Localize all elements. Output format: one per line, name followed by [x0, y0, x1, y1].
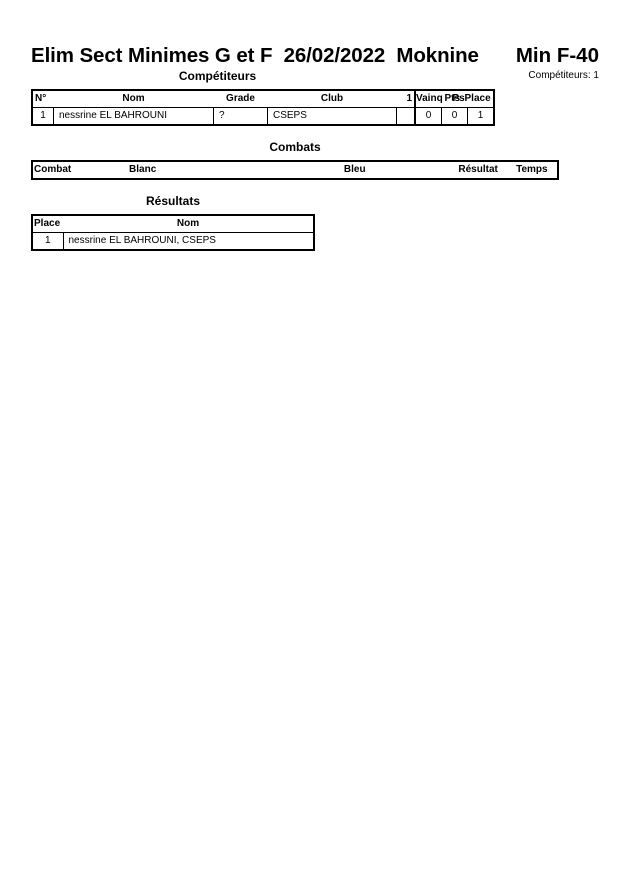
cell-club: CSEPS: [268, 108, 397, 126]
col-blanc: Blanc: [128, 161, 343, 179]
col-nom: Nom: [54, 90, 214, 108]
col-round-1: 1: [397, 90, 416, 108]
table-row: 1 nessrine EL BAHROUNI ? CSEPS 0 0 1: [32, 108, 494, 126]
combats-table: Combat Blanc Bleu Résultat Temps: [31, 160, 559, 180]
competitors-count: Compétiteurs: 1: [528, 70, 599, 81]
category-title: Min F-40: [516, 44, 599, 68]
results-header-row: Place Nom: [32, 215, 314, 233]
competitors-header-row: N° Nom Grade Club 1 Vainq PtsPs Place: [32, 90, 494, 108]
col-club: Club: [268, 90, 397, 108]
col-resultat: Résultat: [457, 161, 515, 179]
col-temps: Temps: [515, 161, 558, 179]
results-section-title: Résultats: [103, 194, 243, 208]
col-victories-label: Vainq: [416, 91, 443, 107]
cell-points: 0: [442, 108, 468, 126]
cell-round-1: [397, 108, 416, 126]
col-place: Place: [32, 215, 63, 233]
table-row: 1 nessrine EL BAHROUNI, CSEPS: [32, 233, 314, 251]
cell-num: 1: [32, 108, 54, 126]
col-nom: Nom: [63, 215, 314, 233]
col-points2-label: Ps: [453, 91, 465, 107]
cell-place: 1: [32, 233, 63, 251]
col-place-label: Place: [465, 91, 491, 107]
col-bleu: Bleu: [343, 161, 457, 179]
cell-nom: nessrine EL BAHROUNI, CSEPS: [63, 233, 314, 251]
results-table: Place Nom 1 nessrine EL BAHROUNI, CSEPS: [31, 214, 315, 251]
competitors-section-title: Compétiteurs: [150, 69, 285, 83]
col-num: N°: [32, 90, 54, 108]
col-grade: Grade: [214, 90, 268, 108]
cell-place: 1: [468, 108, 495, 126]
combats-header-row: Combat Blanc Bleu Résultat Temps: [32, 161, 558, 179]
col-combat: Combat: [32, 161, 128, 179]
cell-grade: ?: [214, 108, 268, 126]
combats-section-title: Combats: [225, 140, 365, 154]
page-title: Elim Sect Minimes G et F 26/02/2022 Mokn…: [31, 44, 479, 68]
competitors-table: N° Nom Grade Club 1 Vainq PtsPs Place 1 …: [31, 89, 495, 126]
cell-nom: nessrine EL BAHROUNI: [54, 108, 214, 126]
cell-victories: 0: [415, 108, 442, 126]
col-victories: Vainq: [415, 90, 442, 108]
col-place: Place: [468, 90, 495, 108]
